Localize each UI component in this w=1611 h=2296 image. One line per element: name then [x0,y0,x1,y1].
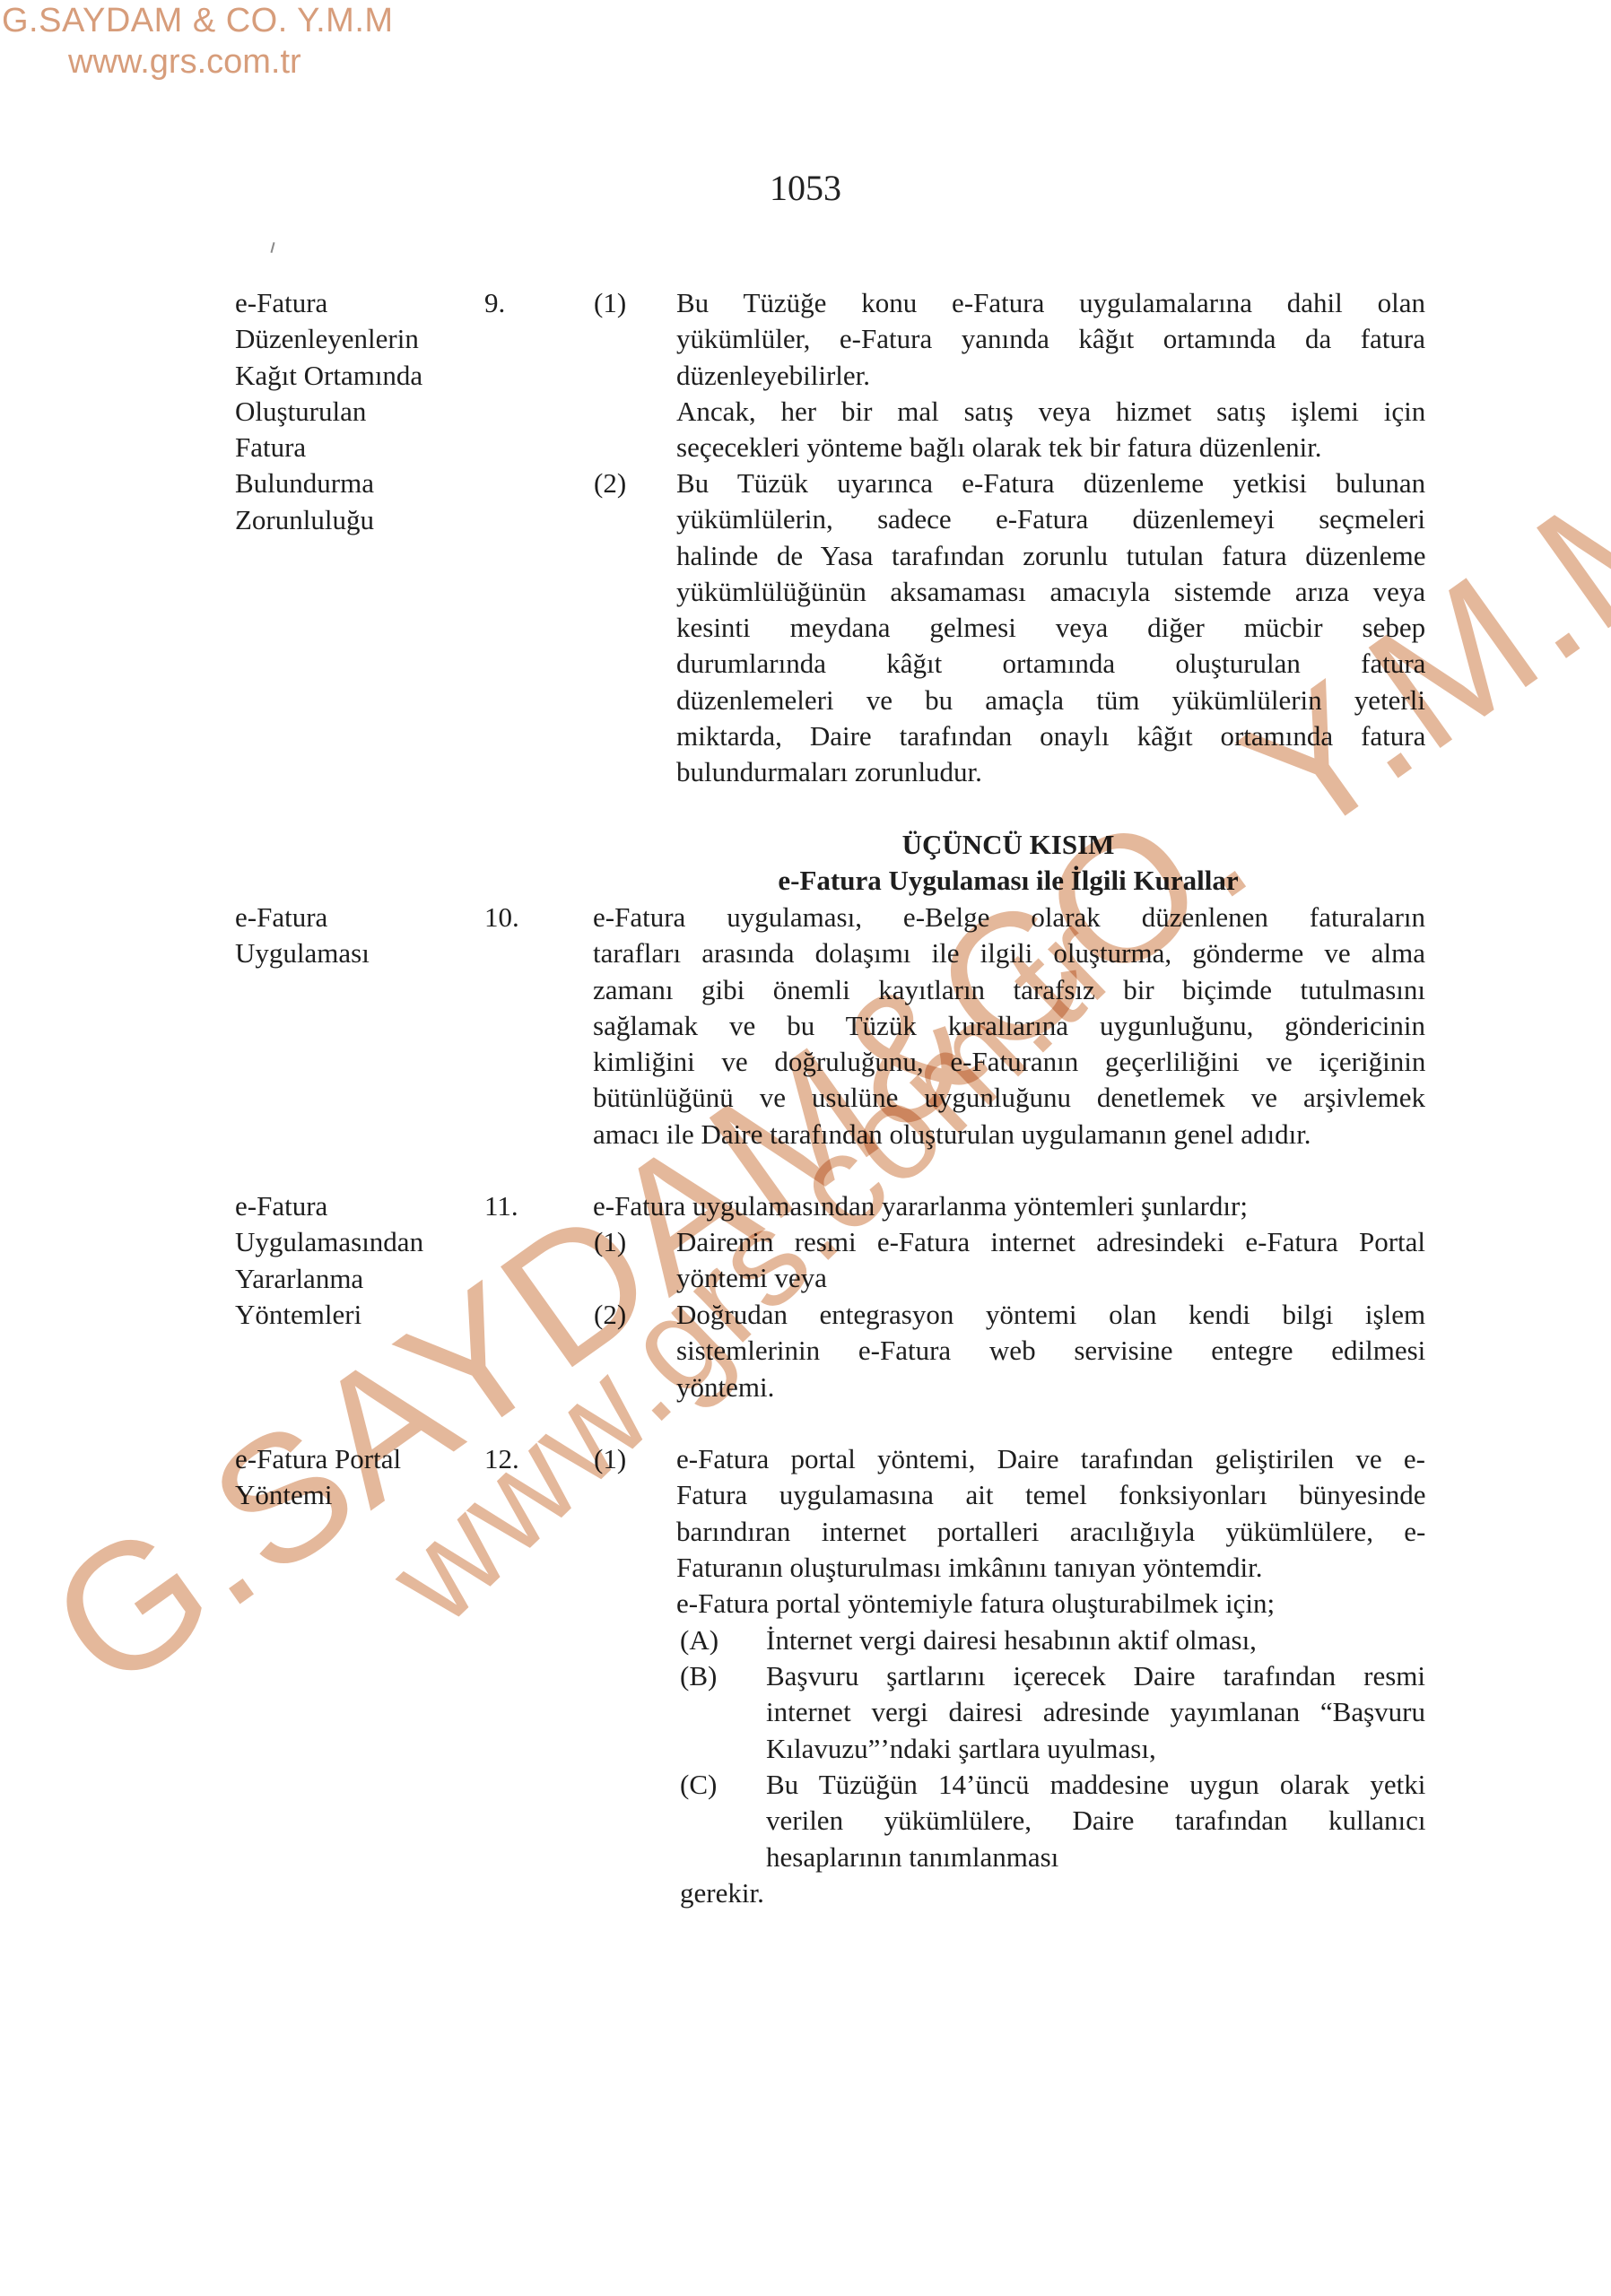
article-9-para-1-label: (1) [594,285,626,321]
article-11-para-2-label: (2) [594,1297,626,1333]
text-line: tarafları arasında dolaşımı ile ilgili o… [593,935,1425,971]
margin-line: Zorunluluğu [235,502,422,538]
text-line: bulundurmaları zorunludur. [676,754,1425,790]
article-11-number: 11. [484,1188,518,1224]
article-12-para-1: e-Fatura portal yöntemi, Daire tarafında… [676,1441,1425,1622]
text-line: kimliğini ve doğruluğunu, e-Faturanın ge… [593,1044,1425,1080]
margin-line: e-Fatura Portal [235,1441,401,1477]
section-title: ÜÇÜNCÜ KISIM [0,827,1611,863]
text-line: yöntemi. [676,1370,1425,1405]
article-11-intro: e-Fatura uygulamasından yararlanma yönte… [593,1188,1248,1224]
text-line: miktarda, Daire tarafından onaylı kâğıt … [676,718,1425,754]
article-12-item-c-label: (C) [680,1767,717,1803]
text-line: düzenlemeleri ve bu amaçla tüm yükümlüle… [676,683,1425,718]
text-line: Bu Tüzük uyarınca e-Fatura düzenleme yet… [676,465,1425,501]
text-line: Doğrudan entegrasyon yöntemi olan kendi … [676,1297,1425,1333]
margin-line: Yöntemi [235,1477,401,1513]
article-12-item-b: Başvuru şartlarını içerecek Daire tarafı… [766,1658,1425,1767]
text-line: Fatura uygulamasına ait temel fonksiyonl… [676,1477,1425,1513]
article-9-para-2-label: (2) [594,465,626,501]
text-line: yükümlülerin, sadece e-Fatura düzenlemey… [676,501,1425,537]
company-header: G.SAYDAM & CO. Y.M.M [2,2,394,40]
text-line: yöntemi veya [676,1260,1425,1296]
section-subtitle: e-Fatura Uygulaması ile İlgili Kurallar [0,863,1611,899]
company-website: www.grs.com.tr [68,43,301,82]
article-12-closing: gerekir. [680,1875,764,1911]
text-line: verilen yükümlülere, Daire tarafından ku… [766,1803,1425,1839]
text-line: kesinti meydana gelmesi veya diğer mücbi… [676,610,1425,646]
margin-line: Bulundurma [235,465,422,501]
article-12-para-1-label: (1) [594,1441,626,1477]
article-12-item-b-label: (B) [680,1658,717,1694]
text-line: internet vergi dairesi adresinde yayımla… [766,1694,1425,1730]
text-line: zamanı gibi önemli kayıtların tarafsız b… [593,972,1425,1008]
article-12-number: 12. [484,1441,519,1477]
article-11-para-2: Doğrudan entegrasyon yöntemi olan kendi … [676,1297,1425,1405]
article-11-margin-title: e-Fatura Uygulamasından Yararlanma Yönte… [235,1188,423,1333]
margin-line: Kağıt Ortamında [235,358,422,394]
text-line: bütünlüğünü ve usulüne uygunluğunu denet… [593,1080,1425,1116]
text-line: durumlarında kâğıt ortamında oluşturulan… [676,646,1425,682]
margin-line: Yararlanma [235,1261,423,1297]
article-10-number: 10. [484,900,519,935]
article-9-margin-title: e-Fatura Düzenleyenlerin Kağıt Ortamında… [235,285,422,538]
margin-line: Fatura [235,430,422,465]
article-10-text: e-Fatura uygulaması, e-Belge olarak düze… [593,900,1425,1152]
text-line: İnternet vergi dairesi hesabının aktif o… [766,1622,1425,1658]
margin-line: Oluşturulan [235,394,422,430]
article-9-para-2: Bu Tüzük uyarınca e-Fatura düzenleme yet… [676,465,1425,791]
article-12-item-a: İnternet vergi dairesi hesabının aktif o… [766,1622,1425,1658]
margin-line: Uygulamasından [235,1224,423,1260]
text-line: sağlamak ve bu Tüzük kurallarına uygunlu… [593,1008,1425,1044]
article-11-para-1: Dairenin resmi e-Fatura internet adresin… [676,1224,1425,1297]
text-line: Başvuru şartlarını içerecek Daire tarafı… [766,1658,1425,1694]
article-11-para-1-label: (1) [594,1224,626,1260]
text-line: barındıran internet portalleri aracılığı… [676,1514,1425,1550]
margin-line: e-Fatura [235,900,370,935]
text-line: halinde de Yasa tarafından zorunlu tutul… [676,538,1425,574]
text-line: e-Fatura uygulaması, e-Belge olarak düze… [593,900,1425,935]
scan-mark [270,242,274,253]
margin-line: Uygulaması [235,935,370,971]
text-line: Dairenin resmi e-Fatura internet adresin… [676,1224,1425,1260]
article-12-margin-title: e-Fatura Portal Yöntemi [235,1441,401,1514]
page-number: 1053 [0,167,1611,209]
article-9-para-1: Bu Tüzüğe konu e-Fatura uygulamalarına d… [676,285,1425,465]
margin-line: Yöntemleri [235,1297,423,1333]
margin-line: e-Fatura [235,285,422,321]
article-12-item-c: Bu Tüzüğün 14’üncü maddesine uygun olara… [766,1767,1425,1875]
text-line: seçecekleri yönteme bağlı olarak tek bir… [676,430,1425,465]
article-12-item-a-label: (A) [680,1622,718,1658]
text-line: e-Fatura portal yöntemi, Daire tarafında… [676,1441,1425,1477]
text-line: hesaplarının tanımlanması [766,1839,1425,1875]
article-9-number: 9. [484,285,505,321]
margin-line: e-Fatura [235,1188,423,1224]
text-line: e-Fatura portal yöntemiyle fatura oluştu… [676,1586,1425,1622]
text-line: düzenleyebilirler. [676,358,1425,394]
text-line: amacı ile Daire tarafından oluşturulan u… [593,1117,1425,1152]
text-line: Kılavuzu”’ndaki şartlara uyulması, [766,1731,1425,1767]
text-line: Bu Tüzüğe konu e-Fatura uygulamalarına d… [676,285,1425,321]
text-line: yükümlülüğünün aksamaması amacıyla siste… [676,574,1425,610]
text-line: Faturanın oluşturulması imkânını tanıyan… [676,1550,1425,1586]
text-line: yükümlüler, e-Fatura yanında kâğıt ortam… [676,321,1425,357]
article-10-margin-title: e-Fatura Uygulaması [235,900,370,972]
text-line: sistemlerinin e-Fatura web servisine ent… [676,1333,1425,1369]
margin-line: Düzenleyenlerin [235,321,422,357]
text-line: Bu Tüzüğün 14’üncü maddesine uygun olara… [766,1767,1425,1803]
text-line: Ancak, her bir mal satış veya hizmet sat… [676,394,1425,430]
